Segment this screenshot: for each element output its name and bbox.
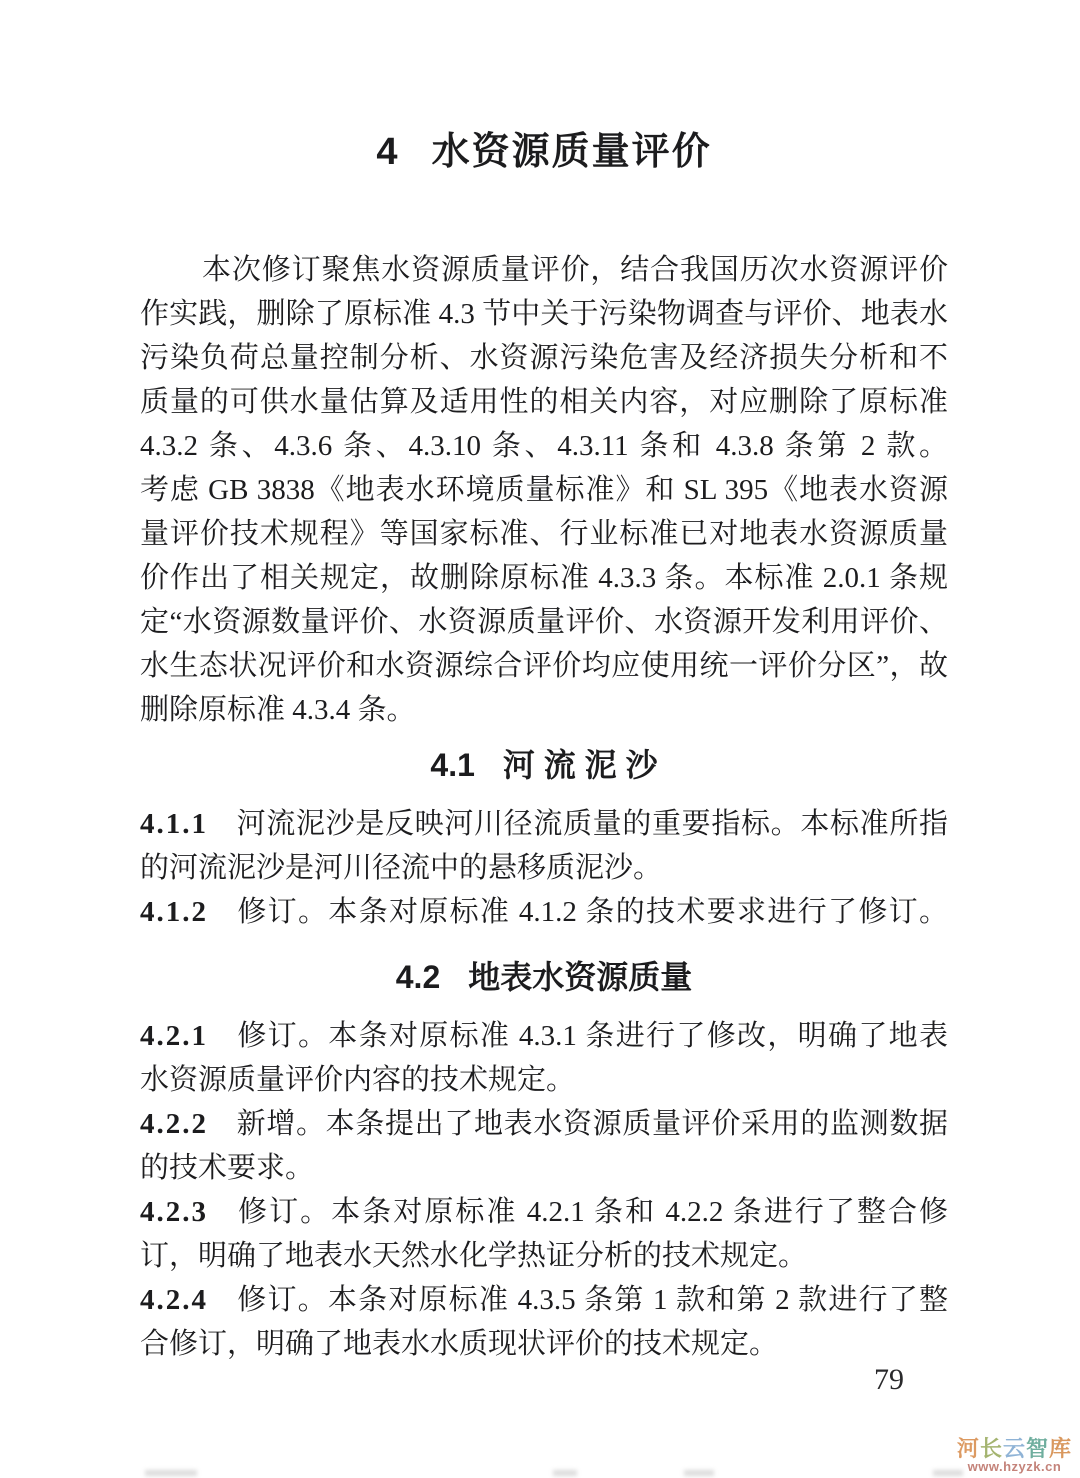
clause-line: 4.1.2修订。本条对原标准 4.1.2 条的技术要求进行了修订。 <box>140 890 948 934</box>
paragraph-line: 删除原标准 4.3.4 条。 <box>140 688 948 732</box>
chapter-title-text: 水资源质量评价 <box>432 131 712 173</box>
page-number: 79 <box>874 1360 904 1400</box>
clause-text: 修订。本条对原标准 4.2.1 条和 4.2.2 条进行了整合修 <box>236 1196 948 1228</box>
clause-text: 修订。本条对原标准 4.3.1 条进行了修改，明确了地表 <box>236 1020 948 1052</box>
clause-text: 修订。本条对原标准 4.1.2 条的技术要求进行了修订。 <box>236 896 948 928</box>
section-number: 4.2 <box>396 959 440 995</box>
clause-text: 河流泥沙是反映河川径流质量的重要指标。本标准所指 <box>236 808 948 840</box>
clause-line: 4.2.4修订。本条对原标准 4.3.5 条第 1 款和第 2 款进行了整 <box>140 1278 948 1322</box>
clause-number: 4.2.3 <box>140 1196 208 1228</box>
clause-number: 4.2.2 <box>140 1108 208 1140</box>
paragraph-line: 定“水资源数量评价、水资源质量评价、水资源开发利用评价、 <box>140 600 948 644</box>
clause-4-2-4: 4.2.4修订。本条对原标准 4.3.5 条第 1 款和第 2 款进行了整 合修… <box>140 1278 948 1366</box>
section-4-1-clauses: 4.1.1河流泥沙是反映河川径流质量的重要指标。本标准所指 的河流泥沙是河川径流… <box>140 802 948 934</box>
clause-line: 4.2.1修订。本条对原标准 4.3.1 条进行了修改，明确了地表 <box>140 1014 948 1058</box>
clause-4-1-1: 4.1.1河流泥沙是反映河川径流质量的重要指标。本标准所指 的河流泥沙是河川径流… <box>140 802 948 890</box>
clause-line: 4.2.2新增。本条提出了地表水资源质量评价采用的监测数据 <box>140 1102 948 1146</box>
section-heading-4-2: 4.2地表水资源质量 <box>140 954 948 1000</box>
clause-line: 4.1.1河流泥沙是反映河川径流质量的重要指标。本标准所指 <box>140 802 948 846</box>
watermark: 河长云智库 www.hzyzk.cn <box>957 1437 1072 1474</box>
clause-line: 的河流泥沙是河川径流中的悬移质泥沙。 <box>140 846 948 890</box>
clause-line: 4.2.3修订。本条对原标准 4.2.1 条和 4.2.2 条进行了整合修 <box>140 1190 948 1234</box>
paragraph-line: 价作出了相关规定，故删除原标准 4.3.3 条。本标准 2.0.1 条规 <box>140 556 948 600</box>
clause-4-2-3: 4.2.3修订。本条对原标准 4.2.1 条和 4.2.2 条进行了整合修 订，… <box>140 1190 948 1278</box>
chapter-number: 4 <box>376 131 397 173</box>
clause-line: 合修订，明确了地表水水质现状评价的技术规定。 <box>140 1322 948 1366</box>
clause-4-1-2: 4.1.2修订。本条对原标准 4.1.2 条的技术要求进行了修订。 <box>140 890 948 934</box>
clause-number: 4.1.1 <box>140 808 208 840</box>
section-title-text: 地表水资源质量 <box>468 959 692 995</box>
page-title: 4水资源质量评价 <box>140 128 948 176</box>
clause-number: 4.1.2 <box>140 896 208 928</box>
paragraph-line: 本次修订聚焦水资源质量评价，结合我国历次水资源评价工 <box>140 248 948 292</box>
paragraph-line: 质量的可供水量估算及适用性的相关内容，对应删除了原标准 <box>140 380 948 424</box>
clause-line: 的技术要求。 <box>140 1146 948 1190</box>
scan-artifact <box>145 1470 197 1476</box>
section-4-2-clauses: 4.2.1修订。本条对原标准 4.3.1 条进行了修改，明确了地表 水资源质量评… <box>140 1014 948 1366</box>
clause-line: 水资源质量评价内容的技术规定。 <box>140 1058 948 1102</box>
scan-artifact <box>684 1470 714 1476</box>
paragraph-line: 作实践，删除了原标准 4.3 节中关于污染物调查与评价、地表水 <box>140 292 948 336</box>
paragraph-line: 4.3.2 条、4.3.6 条、4.3.10 条、4.3.11 条和 4.3.8… <box>140 424 948 468</box>
clause-number: 4.2.4 <box>140 1284 208 1316</box>
clause-text: 新增。本条提出了地表水资源质量评价采用的监测数据 <box>236 1108 948 1140</box>
watermark-url: www.hzyzk.cn <box>957 1460 1072 1474</box>
scan-artifact <box>553 1470 577 1476</box>
clause-4-2-2: 4.2.2新增。本条提出了地表水资源质量评价采用的监测数据 的技术要求。 <box>140 1102 948 1190</box>
watermark-brand: 河长云智库 <box>957 1437 1072 1460</box>
intro-paragraph: 本次修订聚焦水资源质量评价，结合我国历次水资源评价工 作实践，删除了原标准 4.… <box>140 248 948 732</box>
clause-number: 4.2.1 <box>140 1020 208 1052</box>
paragraph-line: 量评价技术规程》等国家标准、行业标准已对地表水资源质量评 <box>140 512 948 556</box>
paragraph-line: 水生态状况评价和水资源综合评价均应使用统一评价分区”，故 <box>140 644 948 688</box>
clause-4-2-1: 4.2.1修订。本条对原标准 4.3.1 条进行了修改，明确了地表 水资源质量评… <box>140 1014 948 1102</box>
section-title-text: 河 流 泥 沙 <box>503 747 658 783</box>
paragraph-line: 污染负荷总量控制分析、水资源污染危害及经济损失分析和不同 <box>140 336 948 380</box>
section-number: 4.1 <box>430 747 474 783</box>
clause-text: 修订。本条对原标准 4.3.5 条第 1 款和第 2 款进行了整 <box>236 1284 948 1316</box>
document-page: 4水资源质量评价 本次修订聚焦水资源质量评价，结合我国历次水资源评价工 作实践，… <box>0 0 1080 1478</box>
paragraph-line: 考虑 GB 3838《地表水环境质量标准》和 SL 395《地表水资源质 <box>140 468 948 512</box>
clause-line: 订，明确了地表水天然水化学热证分析的技术规定。 <box>140 1234 948 1278</box>
scan-artifact <box>933 1470 963 1476</box>
section-heading-4-1: 4.1河 流 泥 沙 <box>140 742 948 788</box>
